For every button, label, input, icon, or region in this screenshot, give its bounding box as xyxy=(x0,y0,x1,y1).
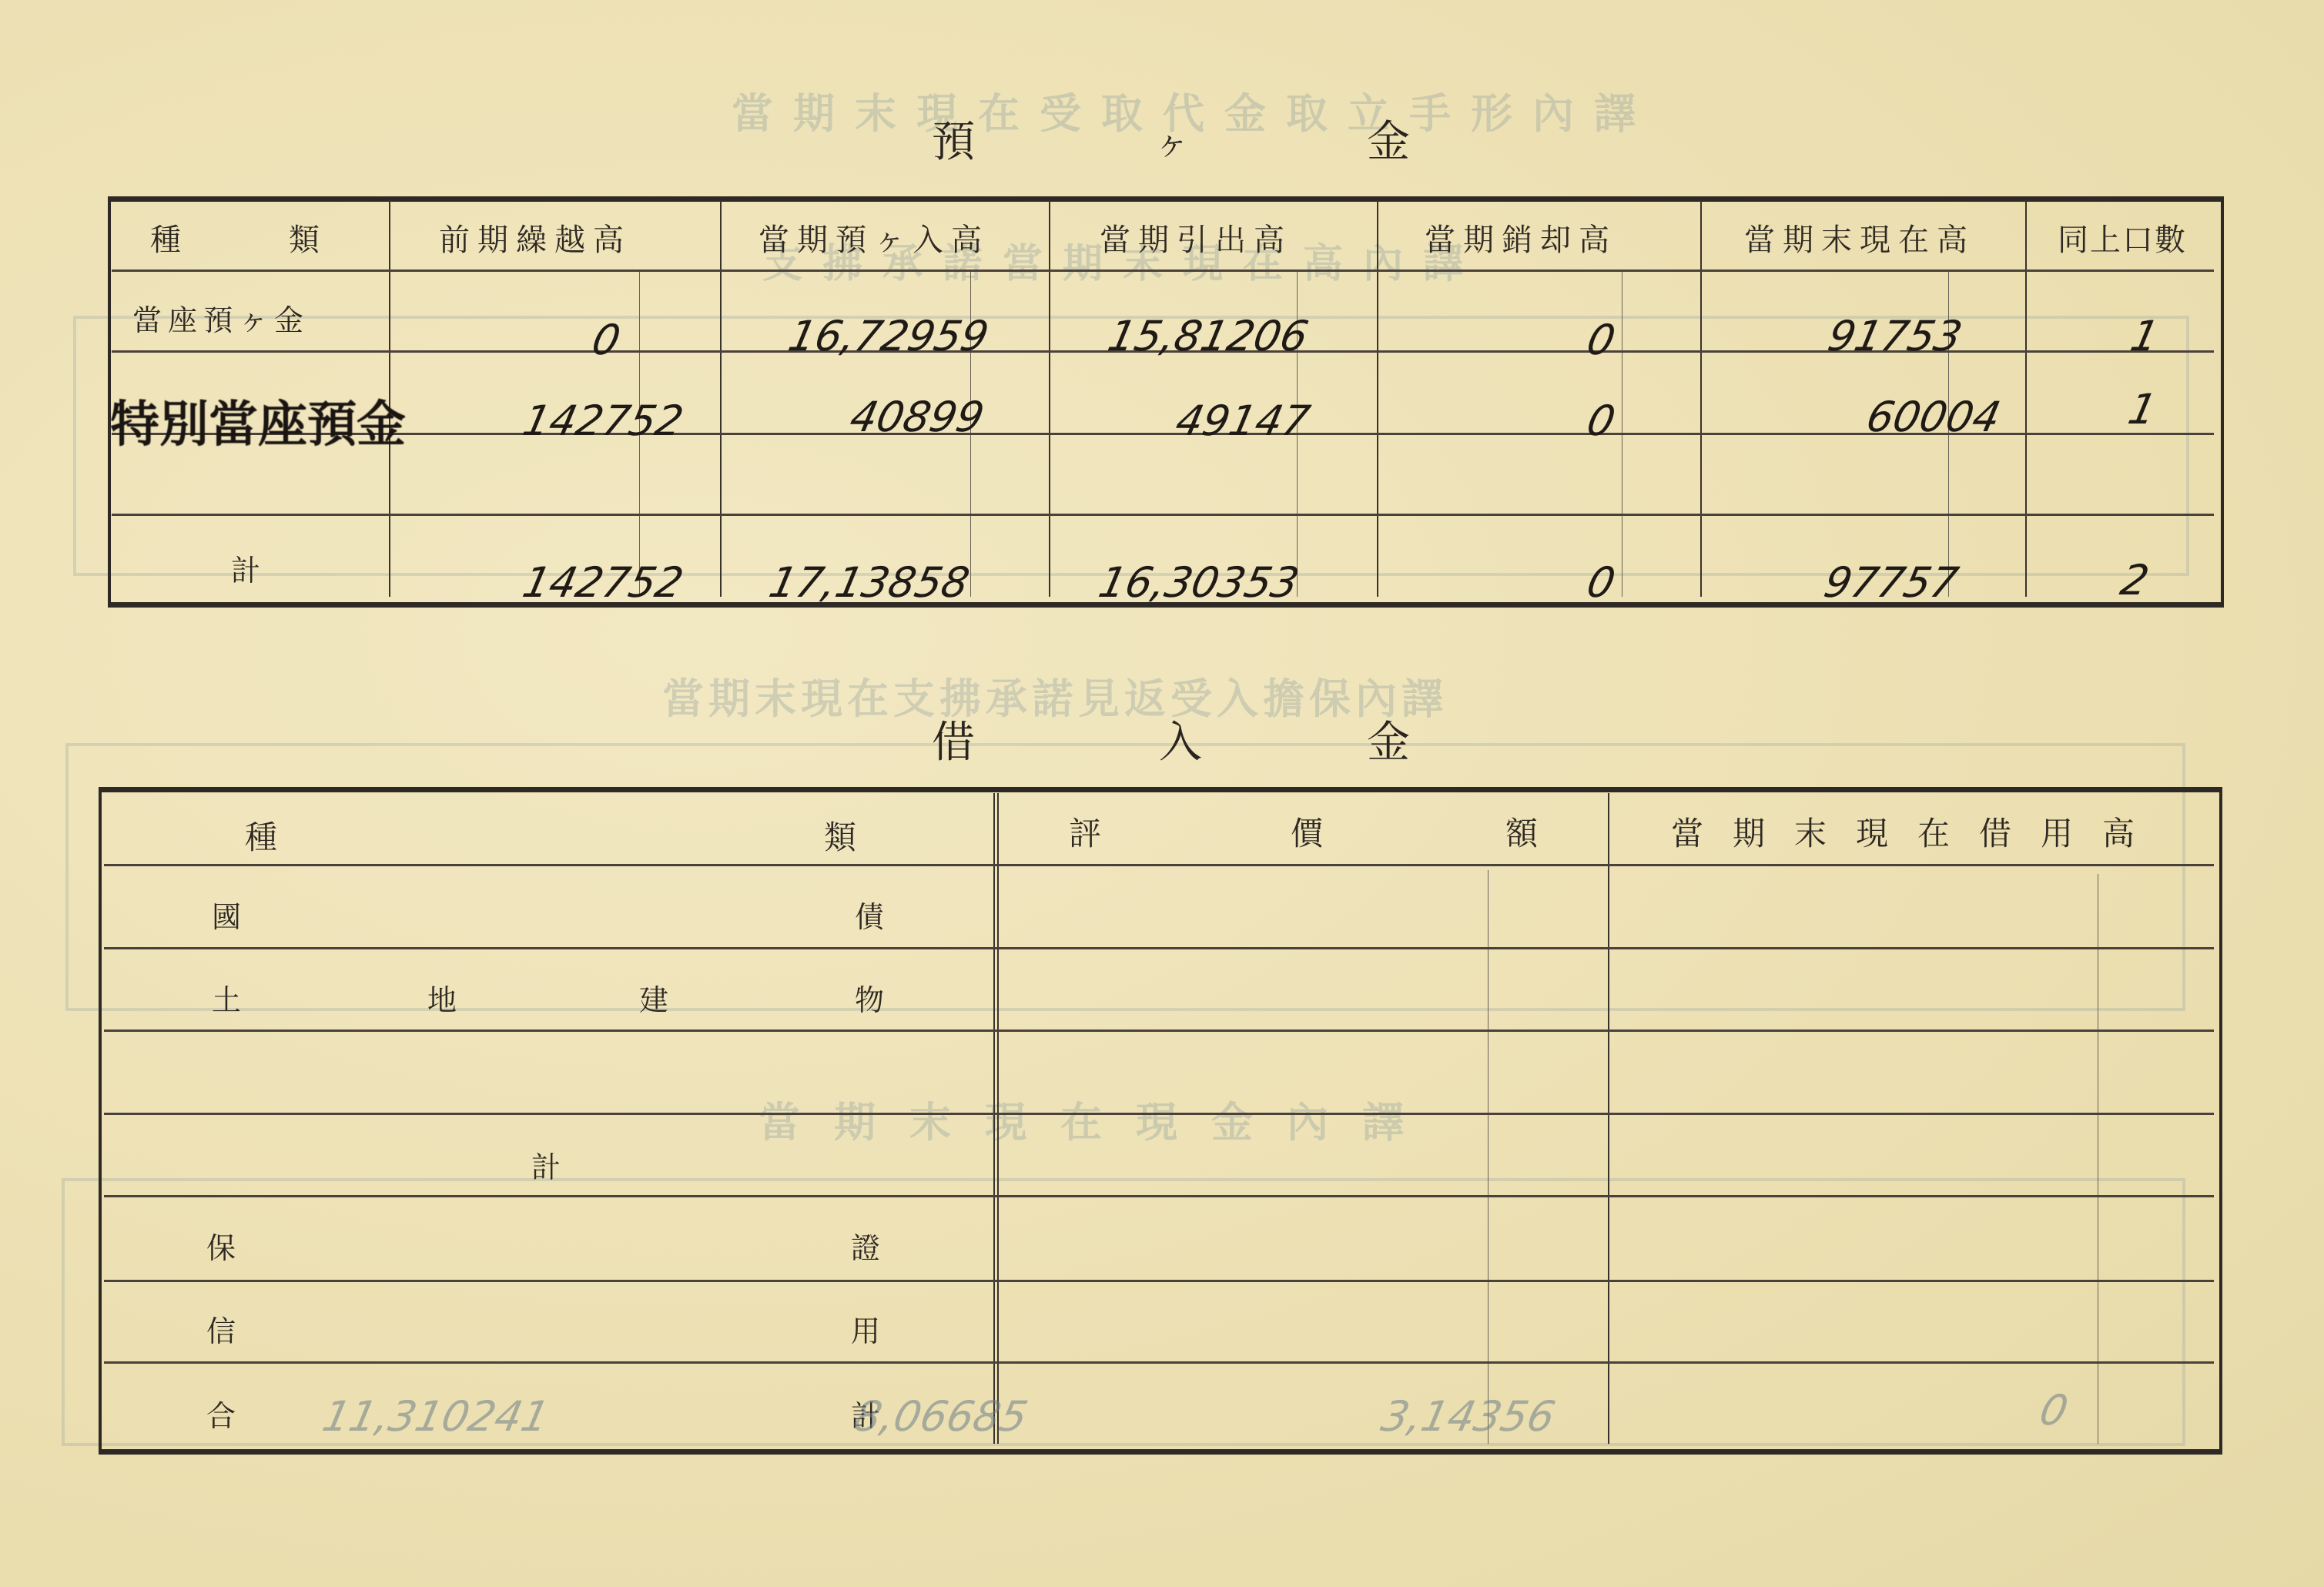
borrowings-header-valuation-3: 額 xyxy=(1505,809,1538,855)
borrowings-row-rule xyxy=(104,1361,2214,1364)
deposits-title-char-2: ヶ xyxy=(1155,116,1189,165)
borrowings-title-char-1: 借 xyxy=(932,708,975,770)
borrowings-header-type-left: 種 xyxy=(245,812,277,859)
deposits-header-written-off: 當期銷却高 xyxy=(1425,216,1617,259)
borrowings-title-char-2: 入 xyxy=(1159,708,1202,770)
borrowings-row-national-bonds-right: 債 xyxy=(855,893,884,936)
deposits-title: 預 ヶ 金 xyxy=(932,108,1409,162)
deposits-header-type: 種 類 xyxy=(150,216,335,259)
borrowings-header-type-right: 類 xyxy=(824,812,856,859)
deposits-cell-withdrawn: 49147 xyxy=(1171,397,1314,445)
borrowings-header-valuation-2: 價 xyxy=(1291,809,1323,855)
borrowings-title: 借 入 金 xyxy=(932,708,1409,762)
borrowings-row-land-buildings-2: 地 xyxy=(427,976,457,1019)
deposits-total-withdrawn: 16,30353 xyxy=(1094,558,1303,607)
borrowings-header-balance: 當期末現在借用高 xyxy=(1671,809,2164,855)
borrowings-col-divider xyxy=(993,793,995,1444)
bleed-through-value: 11,310241 xyxy=(318,1392,553,1441)
deposits-header-brought-forward: 前期繰越高 xyxy=(439,216,631,259)
borrowings-row-land-buildings-1: 土 xyxy=(212,976,241,1019)
borrowings-table xyxy=(99,787,2222,1455)
bleed-through-value: 3,14356 xyxy=(1377,1392,1559,1441)
borrowings-row-rule xyxy=(104,1113,2214,1115)
deposits-col-divider xyxy=(1700,200,1702,597)
borrowings-header-valuation-1: 評 xyxy=(1069,809,1101,855)
bleed-through-value: 8,06685 xyxy=(849,1392,1032,1441)
deposits-total-brought-forward: 142752 xyxy=(518,558,688,607)
deposits-header-deposited: 當期預ヶ入高 xyxy=(758,216,990,259)
deposits-cell-deposited: 40899 xyxy=(846,393,988,441)
borrowings-row-national-bonds-left: 國 xyxy=(212,893,241,936)
borrowings-row-rule xyxy=(104,1030,2214,1032)
deposits-title-char-1: 預 xyxy=(932,108,975,169)
deposits-col-divider xyxy=(720,200,722,597)
deposits-total-deposited: 17,13858 xyxy=(765,558,973,607)
borrowings-row-land-buildings-3: 建 xyxy=(639,976,668,1019)
deposits-total-balance: 97757 xyxy=(1820,558,1962,607)
deposits-col-divider xyxy=(1377,200,1378,597)
borrowings-row-rule xyxy=(104,947,2214,949)
deposits-cell-withdrawn: 15,81206 xyxy=(1103,312,1312,360)
borrowings-title-char-3: 金 xyxy=(1367,708,1410,770)
borrowings-header-rule xyxy=(104,864,2214,866)
deposits-row-label-handwritten: 特別當座預金 xyxy=(110,385,406,456)
deposits-header-rule xyxy=(112,270,2214,272)
borrowings-col-divider xyxy=(1608,793,1609,1444)
borrowings-row-grand-total-left: 合 xyxy=(206,1392,236,1435)
borrowings-row-subtotal: 計 xyxy=(531,1143,561,1186)
borrowings-row-rule xyxy=(104,1280,2214,1282)
deposits-header-withdrawn: 當期引出高 xyxy=(1100,216,1292,259)
deposits-total-label: 計 xyxy=(231,547,260,589)
borrowings-row-credit-left: 信 xyxy=(206,1307,236,1350)
borrowings-subcol-divider xyxy=(1488,870,1488,1444)
borrowings-subcol-divider xyxy=(2098,874,2098,1444)
deposits-header-accounts: 同上口數 xyxy=(2058,216,2187,259)
deposits-title-char-3: 金 xyxy=(1367,108,1410,169)
deposits-col-divider xyxy=(1049,200,1050,597)
deposits-cell-balance: 60004 xyxy=(1862,393,2004,441)
deposits-row-label: 當座預ヶ金 xyxy=(132,296,310,339)
borrowings-col-divider xyxy=(997,793,999,1444)
borrowings-row-guarantee-right: 證 xyxy=(851,1224,880,1267)
deposits-cell-brought-forward: 142752 xyxy=(518,397,688,445)
borrowings-row-land-buildings-4: 物 xyxy=(855,976,884,1019)
borrowings-row-guarantee-left: 保 xyxy=(206,1224,236,1267)
deposits-row-rule xyxy=(112,514,2214,516)
deposits-cell-deposited: 16,72959 xyxy=(784,312,993,360)
deposits-header-balance: 當期末現在高 xyxy=(1744,216,1975,259)
deposits-col-divider xyxy=(2025,200,2027,597)
borrowings-row-rule xyxy=(104,1195,2214,1197)
borrowings-row-credit-right: 用 xyxy=(851,1307,880,1350)
deposits-cell-balance: 91753 xyxy=(1823,312,1966,360)
